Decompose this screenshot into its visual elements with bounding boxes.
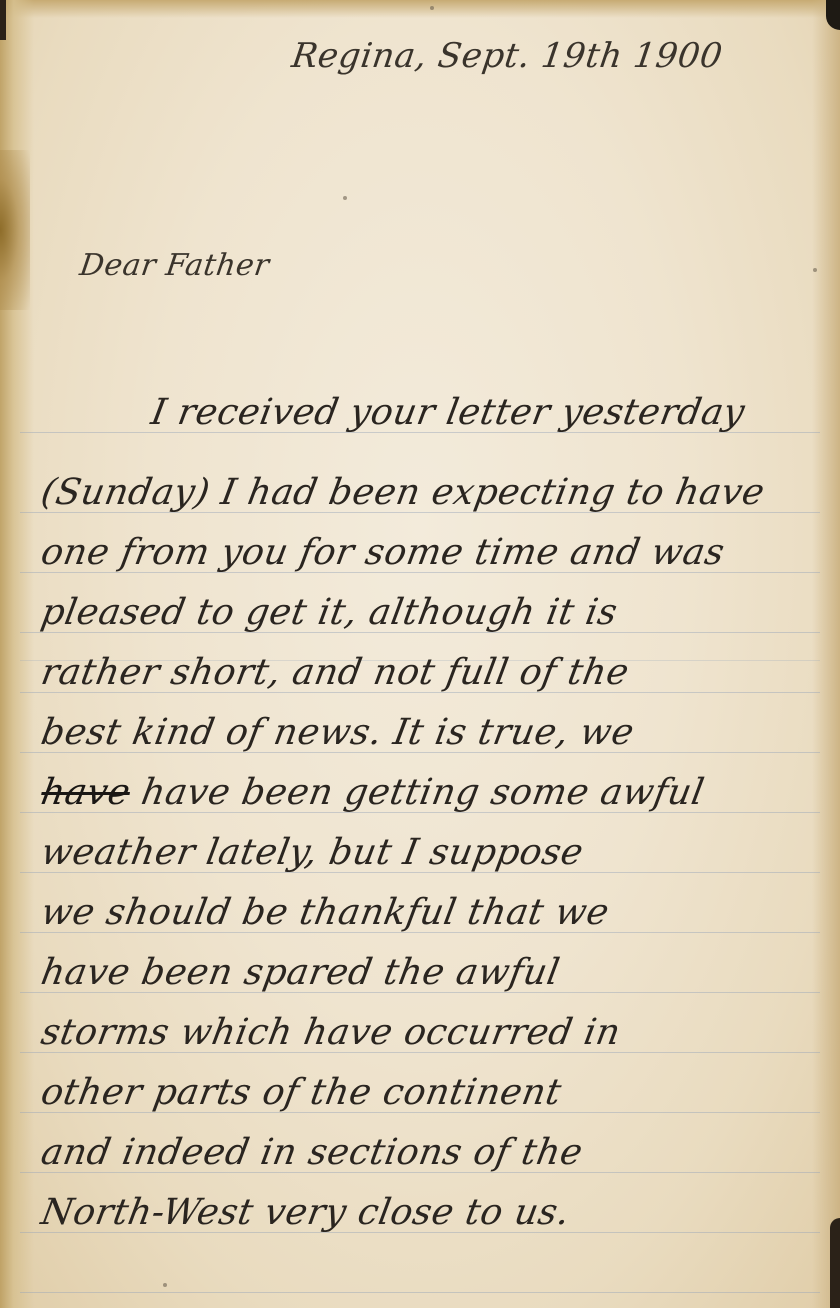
letter-line: pleased to get it, although it is [38,592,621,633]
struck-word: have [38,772,134,813]
letter-line: we should be thankful that we [38,892,612,933]
water-stain [0,150,30,310]
page-corner-top-left [0,0,6,40]
letter-line: best kind of news. It is true, we [38,712,637,753]
letter-line: weather lately, but I suppose [38,832,587,873]
paper-speck [163,1283,167,1287]
paper-speck [430,6,434,10]
letter-line: storms which have occurred in [38,1012,624,1053]
paper-speck [813,268,817,272]
letter-line-with-strikeout: havehave been getting some awful [38,772,707,813]
letter-line: and indeed in sections of the [38,1132,586,1173]
letter-line: other parts of the continent [38,1072,565,1113]
ruled-line [20,1292,820,1293]
letter-line: have been spared the awful [38,952,563,993]
edge-stain-top [0,0,840,18]
letter-line: one from you for some time and was [38,532,728,573]
letter-salutation: Dear Father [78,248,272,283]
letter-line: rather short, and not full of the [38,652,632,693]
letter-line: North-West very close to us. [38,1192,573,1233]
paper-speck [343,196,347,200]
letter-dateline: Regina, Sept. 19th 1900 [289,36,725,76]
letter-line: (Sunday) I had been expecting to have [38,472,768,513]
letter-page: Regina, Sept. 19th 1900 Dear Father I re… [0,0,840,1308]
letter-line: I received your letter yesterday [148,392,748,433]
letter-line-text: have been getting some awful [138,772,707,813]
page-corner-bottom-right [830,1218,840,1308]
